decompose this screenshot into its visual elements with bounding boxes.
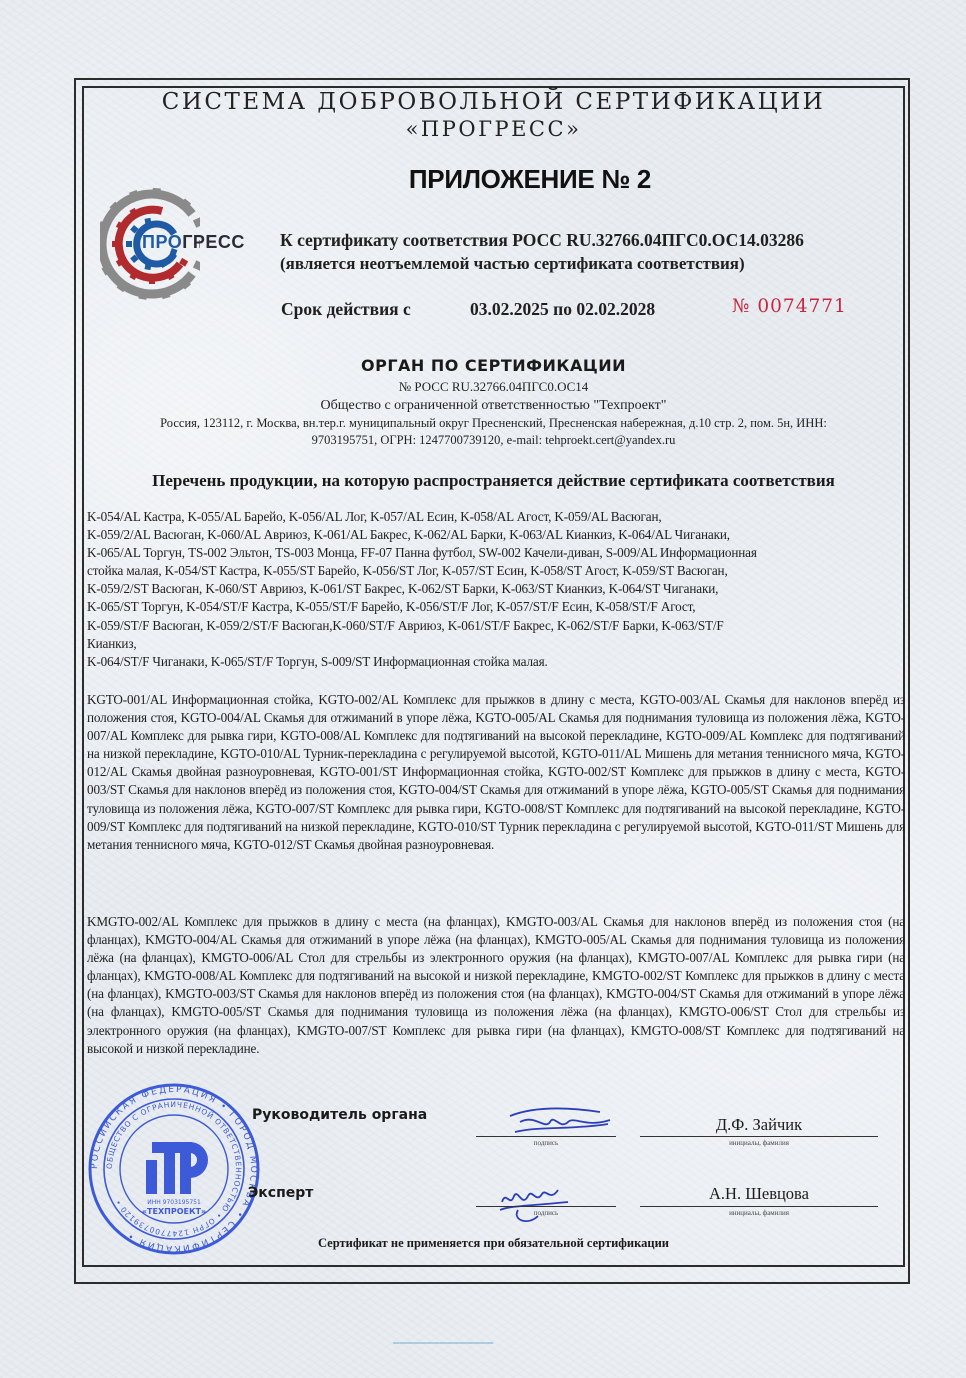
product-paragraph-kgto-series: KGTO-001/AL Информационная стойка, KGTO-… xyxy=(87,691,905,854)
product-line: K-054/AL Кастра, K-055/AL Барейо, K-056/… xyxy=(87,508,905,526)
ids-line: 9703195751, ОГРН: 1247700739120, e-mail:… xyxy=(82,432,905,449)
name-line xyxy=(640,1136,878,1137)
svg-text:ИНН 9703195751: ИНН 9703195751 xyxy=(147,1199,201,1206)
address-line: Россия, 123112, г. Москва, вн.тер.г. мун… xyxy=(82,415,905,432)
product-line: Кианкиз, xyxy=(87,635,905,653)
appendix-title: ПРИЛОЖЕНИЕ № 2 xyxy=(330,164,730,195)
name-caption: инициалы, фамилия xyxy=(640,1139,878,1147)
certification-body-organization: Общество с ограниченной ответственностью… xyxy=(82,397,905,414)
expert-label: Эксперт xyxy=(248,1185,313,1201)
product-paragraph-kmgto-series: KMGTO-002/AL Комплекс для прыжков в длин… xyxy=(87,913,905,1058)
certification-body-address: Россия, 123112, г. Москва, вн.тер.г. мун… xyxy=(82,415,905,449)
product-line: K-059/2/AL Васюган, K-060/AL Авриюз, K-0… xyxy=(87,526,905,544)
head-of-body-label: Руководитель органа xyxy=(252,1107,427,1123)
svg-text:«ТЕХПРОЕКТ»: «ТЕХПРОЕКТ» xyxy=(142,1207,206,1216)
head-of-body-name: Д.Ф. Зайчик xyxy=(640,1115,878,1135)
signature-line xyxy=(476,1206,616,1207)
security-print-strip: ▬▬▬▬▬▬▬▬▬▬▬▬▬▬▬ xyxy=(393,1339,494,1346)
official-seal-icon: РОССИЙСКАЯ ФЕДЕРАЦИЯ • ГОРОД МОСКВА • СЕ… xyxy=(84,1080,264,1258)
signature-caption: подпись xyxy=(476,1209,616,1217)
logo-wordmark-dark: ГРЕСС xyxy=(182,232,245,252)
name-caption: инициалы, фамилия xyxy=(640,1209,878,1217)
name-line xyxy=(640,1206,878,1207)
head-signature-icon xyxy=(490,1104,620,1138)
signature-caption: подпись xyxy=(476,1139,616,1147)
product-paragraph-k-series: K-054/AL Кастра, K-055/AL Барейо, K-056/… xyxy=(87,508,905,671)
certificate-serial-number: № 0074771 xyxy=(732,296,847,317)
certificate-reference: К сертификату соответствия РОСС RU.32766… xyxy=(280,230,804,251)
validity-label: Срок действия с xyxy=(281,299,411,320)
validity-dates: 03.02.2025 по 02.02.2028 xyxy=(470,299,655,320)
logo-wordmark: ПРОГРЕСС xyxy=(142,232,245,253)
official-seal: РОССИЙСКАЯ ФЕДЕРАЦИЯ • ГОРОД МОСКВА • СЕ… xyxy=(84,1080,264,1258)
certification-body-title: ОРГАН ПО СЕРТИФИКАЦИИ xyxy=(82,356,905,375)
expert-signature-icon xyxy=(488,1180,578,1228)
logo-wordmark-blue: ПРО xyxy=(142,232,182,252)
product-line: K-065/ST Торгун, K-054/ST/F Кастра, K-05… xyxy=(87,598,905,616)
expert-name: А.Н. Шевцова xyxy=(640,1184,878,1204)
product-list-title: Перечень продукции, на которую распростр… xyxy=(82,471,905,491)
product-line: K-059/2/ST Васюган, K-060/ST Авриюз, K-0… xyxy=(87,580,905,598)
product-line: K-059/ST/F Васюган, K-059/2/ST/F Васюган… xyxy=(87,617,905,635)
system-title: СИСТЕМА ДОБРОВОЛЬНОЙ СЕРТИФИКАЦИИ xyxy=(82,88,905,116)
product-line: K-064/ST/F Чиганаки, K-065/ST/F Торгун, … xyxy=(87,653,905,671)
system-name: «ПРОГРЕСС» xyxy=(82,116,905,142)
product-line: K-065/AL Торгун, TS-002 Эльтон, TS-003 М… xyxy=(87,544,905,562)
footer-note: Сертификат не применяется при обязательн… xyxy=(82,1236,905,1251)
signature-line xyxy=(476,1136,616,1137)
certification-body-registration: № РОСС RU.32766.04ПГС0.ОС14 xyxy=(82,378,905,395)
product-line: стойка малая, K-054/ST Кастра, K-055/ST … xyxy=(87,562,905,580)
certificate-reference-note: (является неотъемлемой частью сертификат… xyxy=(280,254,745,274)
